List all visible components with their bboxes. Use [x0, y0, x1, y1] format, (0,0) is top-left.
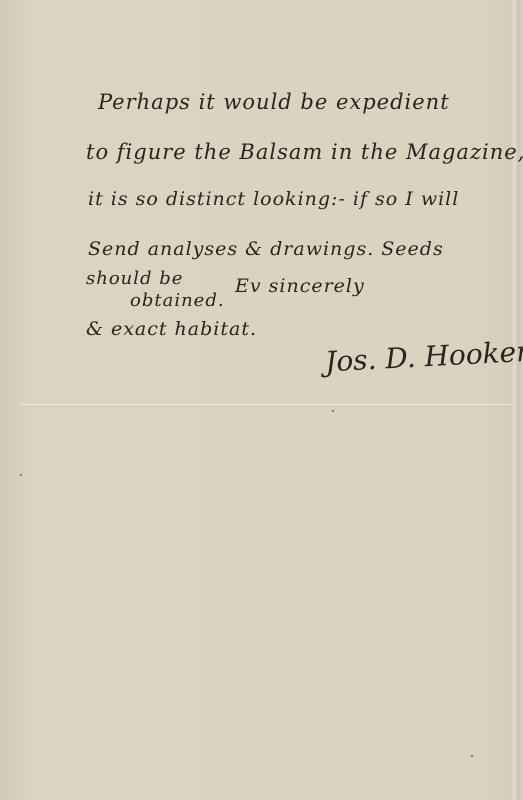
paper-speck — [20, 474, 22, 476]
paper-speck — [471, 755, 473, 757]
letter-closing: Ev sincerely — [235, 275, 365, 297]
letter-line-3: it is so distinct looking:- if so I will — [88, 188, 459, 210]
paper-fold-line — [20, 404, 513, 407]
letter-line-5: should be — [86, 268, 183, 289]
letter-line-2: to figure the Balsam in the Magazine, — [86, 140, 523, 164]
letter-line-1: Perhaps it would be expedient — [98, 90, 450, 114]
letter-line-6: obtained. — [130, 290, 225, 311]
letter-page: Perhaps it would be expedient to figure … — [0, 0, 523, 800]
letter-line-4: Send analyses & drawings. Seeds — [88, 238, 444, 260]
letter-line-7: & exact habitat. — [86, 318, 257, 340]
signature: Jos. D. Hooker. — [324, 335, 523, 379]
paper-speck — [332, 410, 334, 412]
